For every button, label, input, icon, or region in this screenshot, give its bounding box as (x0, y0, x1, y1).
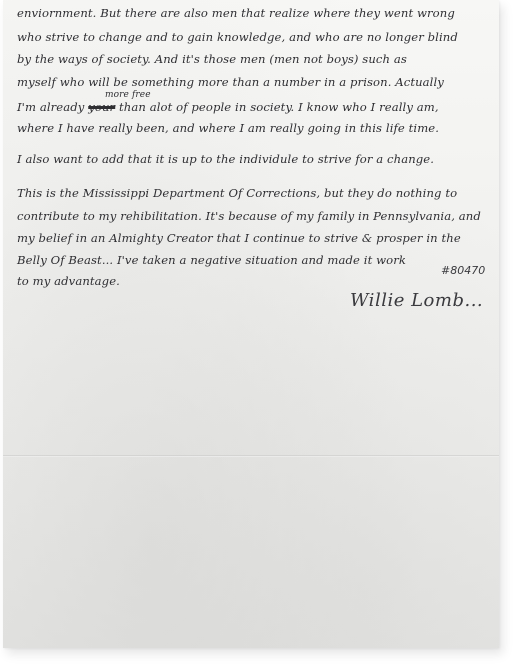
letter-line: myself who will be something more than a… (17, 75, 444, 89)
inmate-number: #80470 (441, 264, 485, 277)
letter-line: I also want to add that it is up to the … (17, 152, 434, 166)
letter-line: who strive to change and to gain knowled… (17, 30, 458, 44)
letter-line: to my advantage. (17, 274, 120, 288)
letter-line: This is the Mississippi Department Of Co… (17, 186, 457, 200)
letter-line: Belly Of Beast... I've taken a negative … (17, 253, 406, 267)
letter-line: enviornment. But there are also men that… (17, 6, 455, 20)
letter-line: contribute to my rehibilitation. It's be… (17, 209, 481, 223)
letter-line: my belief in an Almighty Creator that I … (17, 231, 461, 245)
struck-word: your (88, 100, 115, 114)
letter-line: where I have really been, and where I am… (17, 121, 439, 135)
letter-line: I'm already your than alot of people in … (17, 100, 439, 114)
page: enviornment. But there are also men that… (0, 0, 521, 666)
paper-fold-crease (3, 455, 499, 457)
inserted-correction: more free (105, 90, 151, 100)
signature: Willie Lomb... (350, 290, 483, 311)
letter-line: by the ways of society. And it's those m… (17, 52, 407, 66)
letter-fragment: I'm already (17, 100, 84, 114)
letter-fragment: than alot of people in society. I know w… (119, 100, 439, 114)
letter-paper: enviornment. But there are also men that… (3, 0, 499, 648)
